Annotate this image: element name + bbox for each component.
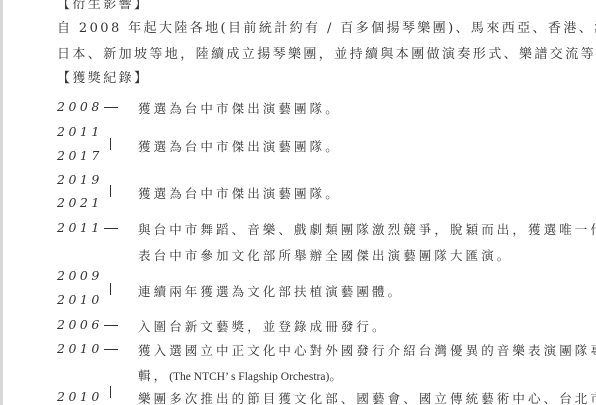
award-year: 2010 <box>57 341 103 356</box>
range-separator <box>110 185 111 197</box>
derivative-text-line-2: 日本、新加坡等地，陸續成立揚琴樂團，並持續與本團做演奏形式、樂譜交流等。 <box>57 43 596 62</box>
award-year: 2010 <box>57 389 103 404</box>
award-description: 獲選為台中市傑出演藝團隊。 <box>138 99 341 117</box>
derivative-text-line-1: 自 2008 年起大陸各地(目前統計約有 / 百多個揚琴樂團)、馬來西亞、香港、… <box>57 17 596 36</box>
award-description: 獲選為台中市傑出演藝團隊。 <box>138 184 341 202</box>
range-separator <box>110 283 111 295</box>
award-description-line-1: 與台中市舞蹈、音樂、戲劇類團隊激烈競爭，脫穎而出，獲選唯一代 <box>138 220 596 238</box>
award-year-end: 2010 <box>57 292 103 307</box>
award-year: 2008 <box>57 99 103 114</box>
award-description: 入圍台新文藝獎，並登錄成冊發行。 <box>138 317 388 335</box>
awards-header: 【獲獎紀錄】 <box>57 67 149 86</box>
dash-separator <box>104 107 118 108</box>
award-description: 獲選為台中市傑出演藝團隊。 <box>138 137 341 155</box>
award-description-line-1: 獲入選國立中正文化中心對外國發行介紹台灣優異的音樂表演團隊專 <box>138 341 596 359</box>
english-title: (The NTCH’ s Flagship Orchestra) <box>169 371 329 383</box>
award-year-start: 2011 <box>57 124 103 139</box>
award-description-line-2: 輯，(The NTCH’ s Flagship Orchestra)。 <box>138 366 345 384</box>
award-year-start: 2019 <box>57 172 103 187</box>
award-year-start: 2009 <box>57 268 103 283</box>
dash-separator <box>104 228 118 229</box>
award-description: 連續兩年獲選為文化部扶植演藝團體。 <box>138 282 403 300</box>
award-year: 2006 <box>57 317 103 332</box>
award-year-end: 2021 <box>57 195 103 210</box>
award-year-end: 2017 <box>57 148 103 163</box>
award-year: 2011 <box>57 220 103 235</box>
dash-separator <box>104 325 118 326</box>
award-description: 樂團多次推出的節目獲文化部、國藝會、國立傳統藝術中心、台北市 <box>138 389 596 405</box>
award-description-prefix: 輯， <box>138 368 169 383</box>
dash-separator <box>104 349 118 350</box>
derivative-header: 【衍生影響】 <box>57 0 149 12</box>
range-separator <box>110 138 111 150</box>
award-description-suffix: 。 <box>329 368 345 383</box>
document-page: 【衍生影響】 自 2008 年起大陸各地(目前統計約有 / 百多個揚琴樂團)、馬… <box>0 0 596 405</box>
range-separator <box>110 386 111 398</box>
award-description-line-2: 表台中市參加文化部所舉辦全國傑出演藝團隊大匯演。 <box>138 246 512 264</box>
